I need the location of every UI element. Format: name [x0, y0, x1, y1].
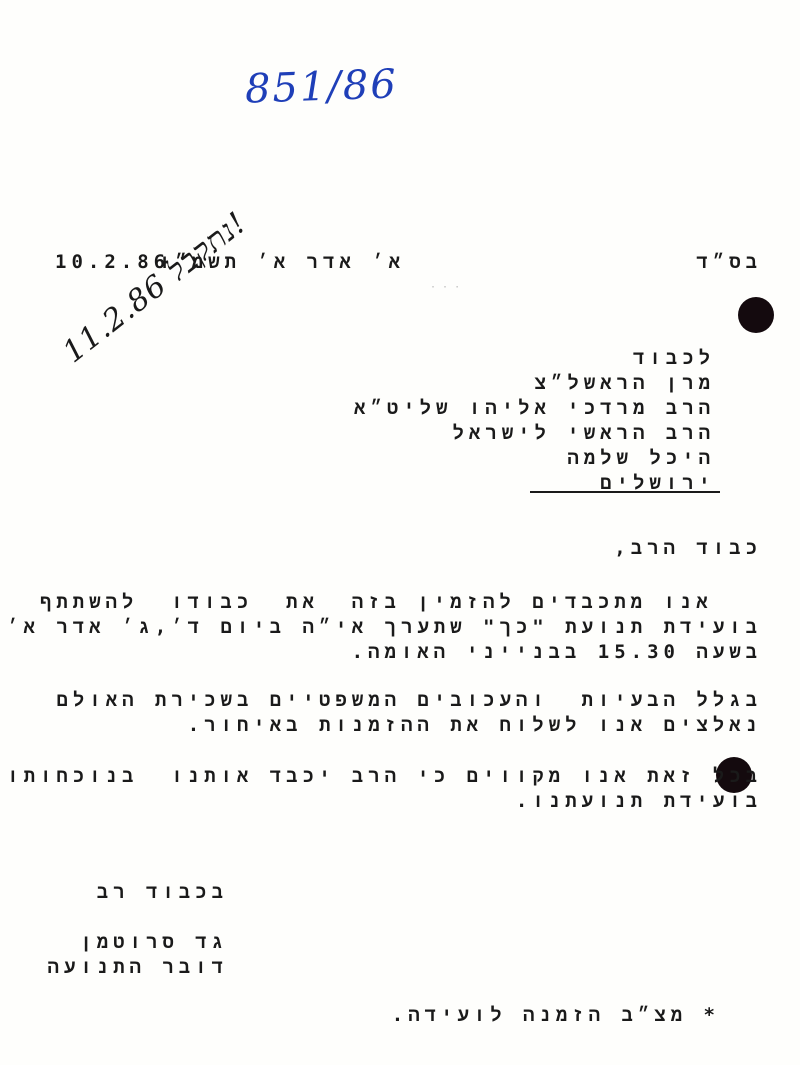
handwritten-received-note: 11.2.86 נתקבל! — [56, 205, 253, 370]
blessing-header: בס״ד — [696, 250, 762, 274]
scanned-letter-page: 851/86 בס״ד א׳ אדר א׳ תשמ״ו 10.2.86 11.2… — [0, 0, 800, 1065]
hole-punch-top — [738, 297, 774, 333]
recipient-line: לכבוד — [633, 346, 715, 370]
recipient-line: היכל שלמה — [567, 446, 715, 470]
recipient-line: מרן הראשל״צ — [535, 371, 715, 395]
footnote-enclosure: * מצ״ב הזמנה לועידה. — [392, 1003, 720, 1027]
body-line: בועידת תנועת "כך" שתערך אי״ה ביום ד׳,ג׳ … — [7, 615, 762, 639]
body-line: נאלצים אנו לשלוח את ההזמנות באיחור. — [188, 713, 762, 737]
scan-speck: · · · — [430, 282, 460, 293]
recipient-underline — [530, 491, 720, 493]
body-line: בגלל הבעיות והעכובים המשפטיים בשכירת האו… — [56, 688, 762, 712]
signature-name: גד סרוטמן — [80, 930, 228, 954]
body-line: בכל זאת אנו מקווים כי הרב יכבד אותנו בנו… — [7, 764, 762, 788]
handwritten-file-number: 851/86 — [244, 61, 398, 112]
body-line: בשעה 15.30 בבנייני האומה. — [352, 640, 762, 664]
salutation: כבוד הרב, — [614, 536, 762, 560]
body-line: אנו מתכבדים להזמין בזה את כבודו להשתתף — [40, 590, 762, 614]
recipient-line: הרב מרדכי אליהו שליט״א — [354, 396, 715, 420]
recipient-line: הרב הראשי לישראל — [452, 421, 715, 445]
signature-title: דובר התנועה — [48, 955, 228, 979]
body-line: בועידת תנועתנו. — [516, 789, 762, 813]
closing: בכבוד רב — [97, 880, 228, 904]
